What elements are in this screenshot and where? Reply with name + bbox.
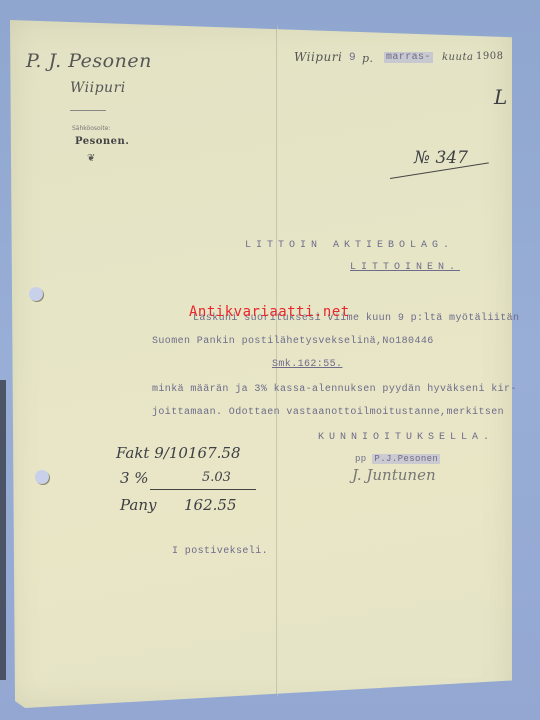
letterhead-divider (70, 110, 106, 111)
enclosure-note: I postivekseli. (172, 546, 268, 557)
calc-row3-value: 162.55 (184, 496, 237, 514)
handwritten-signature: J. Juntunen (352, 466, 436, 484)
dateline-city: Wiipuri (294, 50, 342, 64)
calc-row2-value: 5.03 (202, 470, 231, 485)
body-line-3: minkä määrän ja 3% kassa-alennuksen pyyd… (152, 384, 517, 395)
recipient-city: LITTOINEN. (350, 262, 460, 273)
dateline-month: marras- (384, 52, 433, 63)
watermark-text: Antikvariaatti.net (189, 304, 350, 320)
telegram-address: Pesonen. (75, 136, 129, 147)
closing-salutation: KUNNIOITUKSELLA. (318, 432, 494, 443)
letter-paper (10, 20, 512, 708)
signature-stamp: pp P.J.Pesonen (355, 454, 440, 464)
recipient-company: LITTOIN AKTIEBOLAG. (245, 240, 454, 251)
stamp-prefix: pp (355, 454, 367, 464)
calc-row2-label: 3 % (120, 469, 149, 487)
body-line-4: joittamaan. Odottaen vastaanottoilmoitus… (152, 407, 504, 418)
dateline-day-suffix: p. (362, 52, 374, 65)
corner-handwritten-mark: L (494, 85, 507, 109)
punch-hole-bottom (35, 470, 49, 484)
letterhead-company-name: P. J. Pesonen (26, 50, 152, 72)
dateline-day: 9 (349, 52, 356, 64)
letterhead-city: Wiipuri (70, 80, 126, 96)
dateline-month-suffix: kuuta (442, 52, 473, 63)
stamp-name: P.J.Pesonen (372, 454, 440, 464)
dateline-year: 1908 (476, 51, 503, 62)
telegram-label: Sähköosoite: (72, 125, 110, 132)
paper-shadow-edge (0, 380, 6, 680)
reference-number: № 347 (414, 148, 468, 168)
ornament-icon: ❦ (87, 153, 96, 164)
body-amount: Smk.162:55. (272, 359, 342, 370)
punch-hole-top (29, 287, 43, 301)
calc-sum-line (150, 489, 256, 490)
body-line-2: Suomen Pankin postilähetysvekselinä,No18… (152, 336, 434, 347)
calc-row3-label: Pany (120, 496, 157, 514)
calc-row1-label: Fakt 9/10 (116, 444, 188, 462)
month-text: marras- (384, 52, 433, 63)
calc-row1-value: 167.58 (188, 444, 241, 462)
